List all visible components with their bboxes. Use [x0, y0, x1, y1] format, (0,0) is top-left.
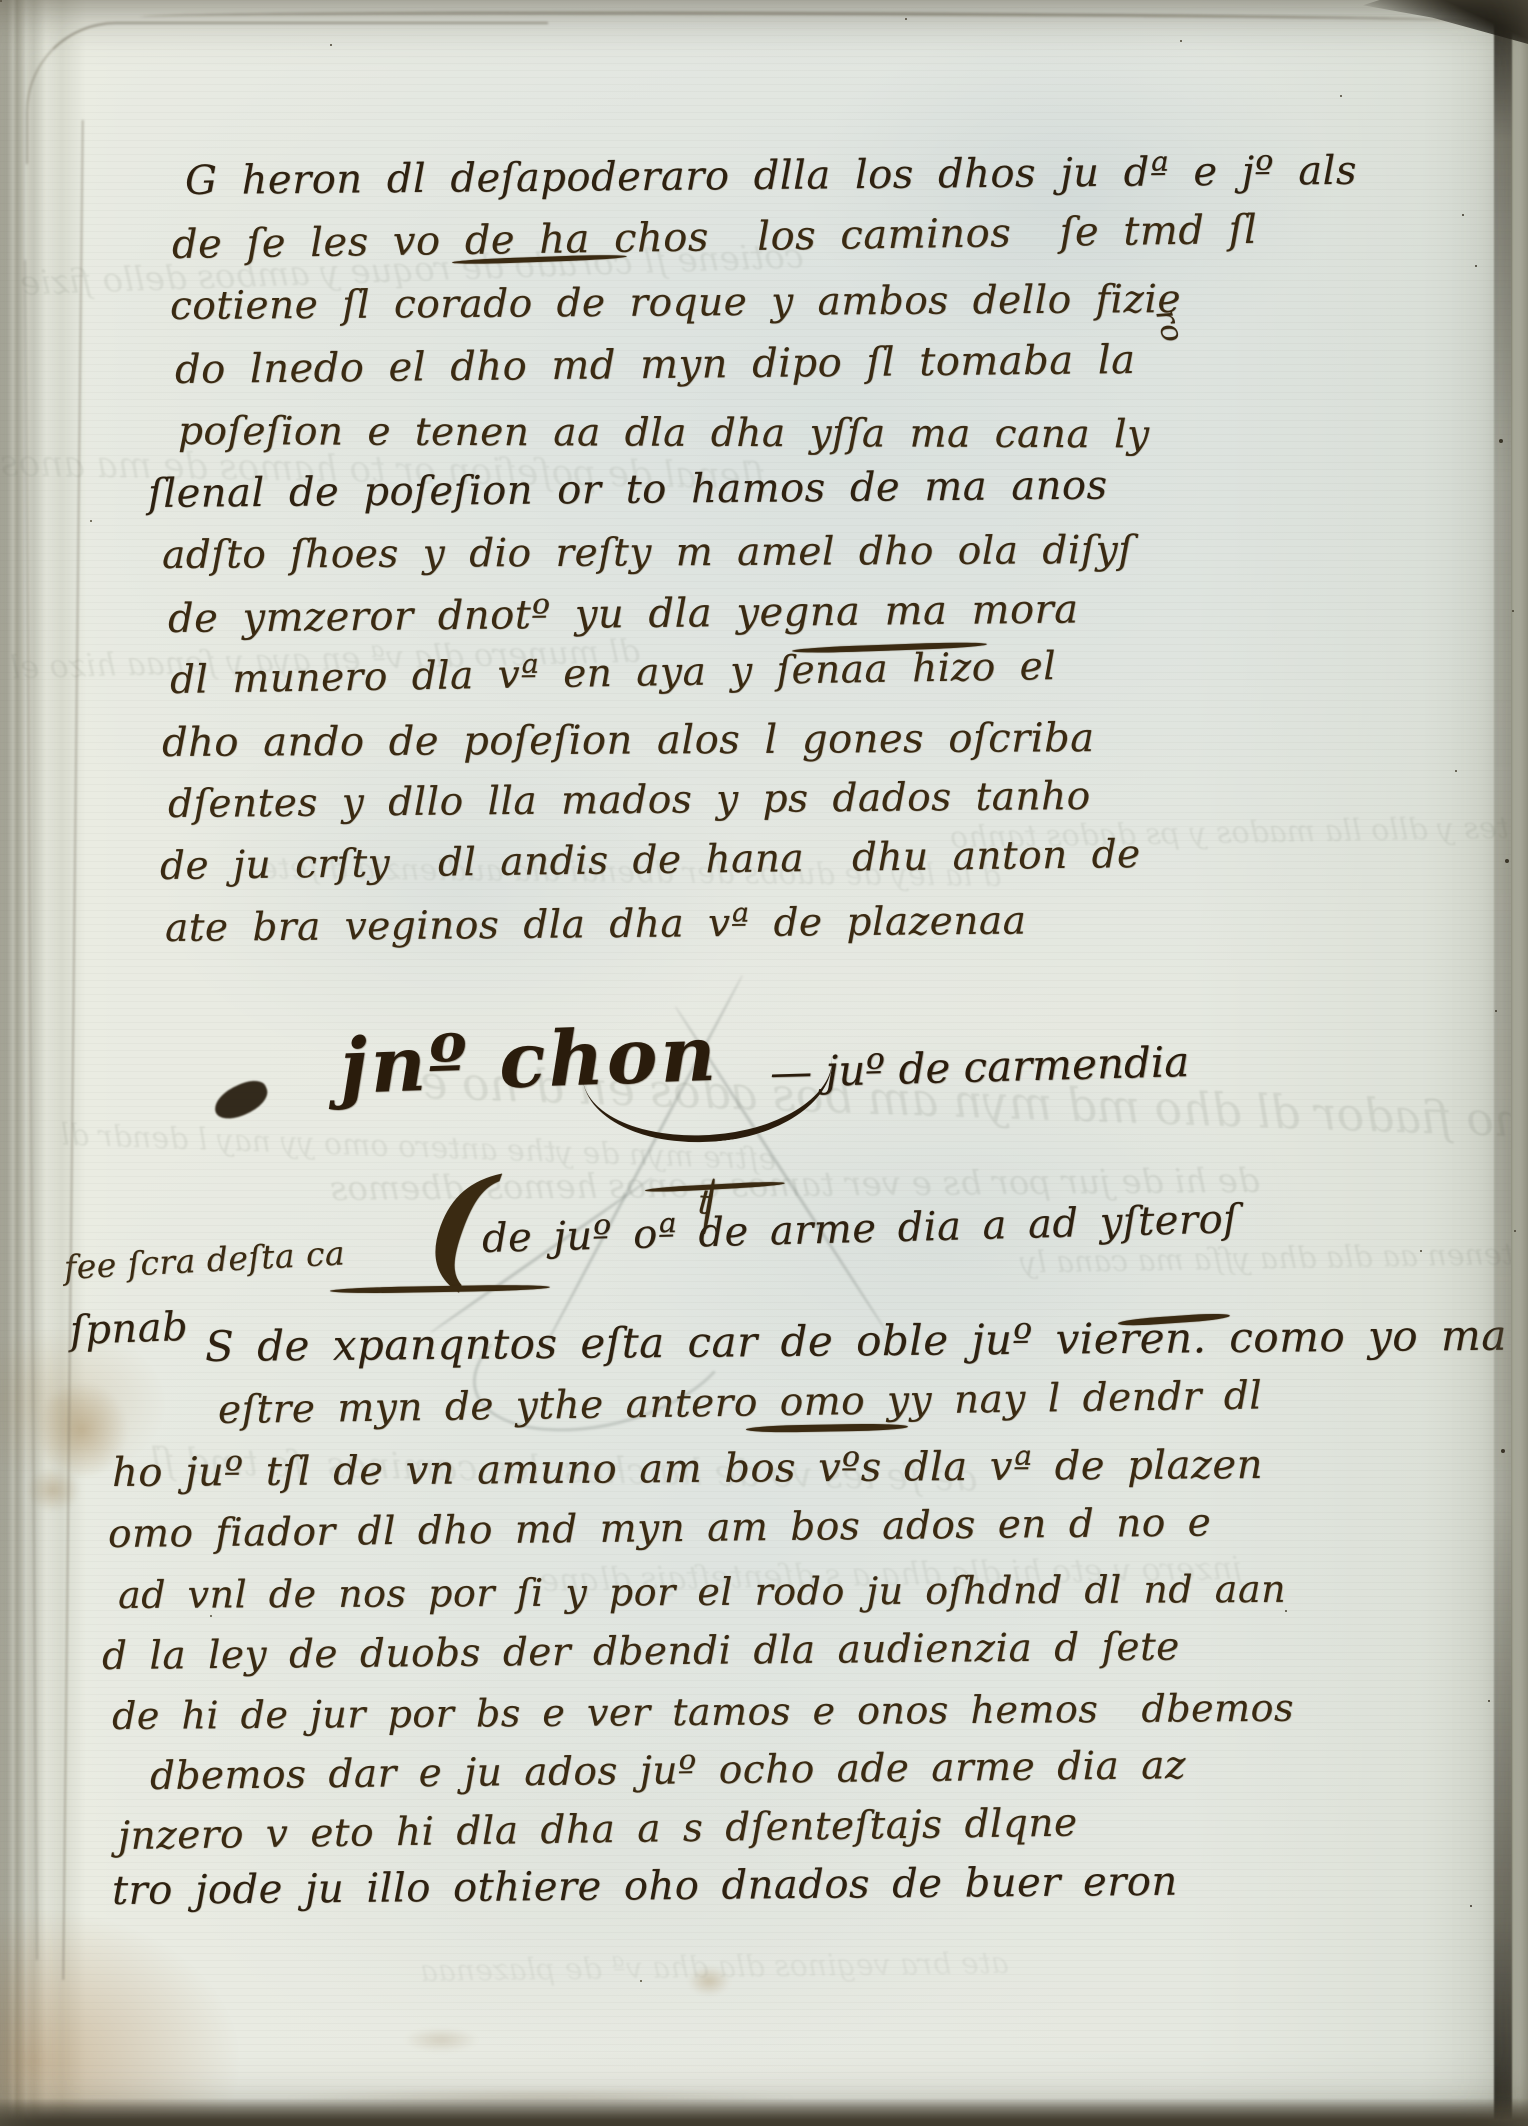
manuscript-scan: cotiene ſl corado de roque y ambos dello… — [0, 0, 1528, 2126]
scan-vignette — [0, 0, 1528, 2126]
